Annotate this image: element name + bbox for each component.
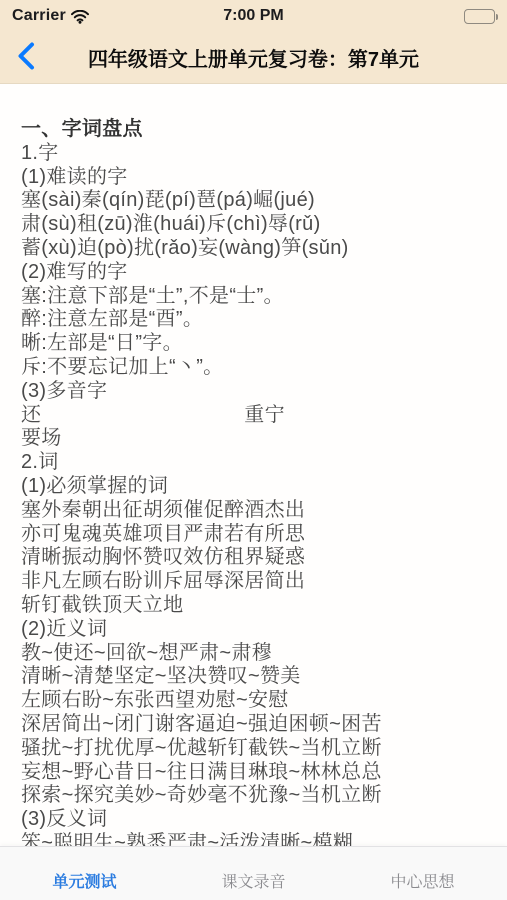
text-line: (1)必须掌握的词 [21,475,491,499]
text-line: 教~使还~回欲~想严肃~肃穆 [21,642,491,666]
tab-unit-test[interactable]: 单元测试 [0,847,169,900]
text-line: 肃(sù)租(zū)淮(huái)斥(chì)辱(rǔ) [21,213,491,237]
text-line: 骚扰~打扰优厚~优越斩钉截铁~当机立断 [21,737,491,761]
text-line: 塞(sài)秦(qín)琵(pí)琶(pá)崛(jué) [21,189,491,213]
wifi-icon [71,8,89,24]
text-line: (1)难读的字 [21,166,491,190]
text-line: (3)多音字 [21,380,491,404]
text-line: 妄想~野心昔日~往日满目琳琅~林林总总 [21,761,491,785]
text-line: 1.字 [21,142,491,166]
text-line: 晰:左部是“日”字。 [21,332,491,356]
text-line: 斩钉截铁顶天立地 [21,594,491,618]
text-line: 亦可鬼魂英雄项目严肃若有所思 [21,523,491,547]
text-line: 塞:注意下部是“土”,不是“士”。 [21,285,491,309]
text-line: 塞外秦朝出征胡须催促醉酒杰出 [21,499,491,523]
status-right [345,9,495,24]
text-line: 清晰振动胸怀赞叹效仿租界疑惑 [21,546,491,570]
text-line: 醉:注意左部是“酉”。 [21,308,491,332]
back-button[interactable] [8,39,44,77]
navigation-bar: 四年级语文上册单元复习卷：第7单元 [0,32,507,84]
text-line: 笨~聪明生~熟悉严肃~活泼清晰~模糊 [21,832,491,846]
document-content[interactable]: 一、字词盘点1.字(1)难读的字塞(sài)秦(qín)琵(pí)琶(pá)崛(… [0,84,507,846]
carrier-label: Carrier [12,7,66,25]
text-line: (2)近义词 [21,618,491,642]
text-line: 一、字词盘点 [21,118,491,142]
chevron-left-icon [16,41,36,76]
text-line: 蓄(xù)迫(pò)扰(rǎo)妄(wàng)笋(sǔn) [21,237,491,261]
status-left: Carrier [12,7,162,25]
text-line: 探索~探究美妙~奇妙毫不犹豫~当机立断 [21,784,491,808]
text-line: 2.词 [21,451,491,475]
clock: 7:00 PM [162,7,345,25]
tab-text-audio[interactable]: 课文录音 [169,847,338,900]
text-line: 要场 [21,427,491,451]
text-line: 清晰~清楚坚定~坚决赞叹~赞美 [21,665,491,689]
battery-icon [464,9,495,24]
status-bar: Carrier 7:00 PM [0,0,507,32]
text-line: 斥:不要忘记加上“丶”。 [21,356,491,380]
page-title: 四年级语文上册单元复习卷：第7单元 [0,43,507,72]
text-line: 深居简出~闭门谢客逼迫~强迫困顿~困苦 [21,713,491,737]
text-line: 左顾右盼~东张西望劝慰~安慰 [21,689,491,713]
content-lines: 一、字词盘点1.字(1)难读的字塞(sài)秦(qín)琵(pí)琶(pá)崛(… [21,118,491,846]
bottom-tab-bar: 单元测试课文录音中心思想 [0,846,507,900]
app-screen: Carrier 7:00 PM [0,0,507,900]
text-line: 还 重宁 [21,404,491,428]
text-line: (2)难写的字 [21,261,491,285]
text-line: (3)反义词 [21,808,491,832]
text-line: 非凡左顾右盼训斥屈辱深居简出 [21,570,491,594]
tab-main-idea[interactable]: 中心思想 [338,847,507,900]
